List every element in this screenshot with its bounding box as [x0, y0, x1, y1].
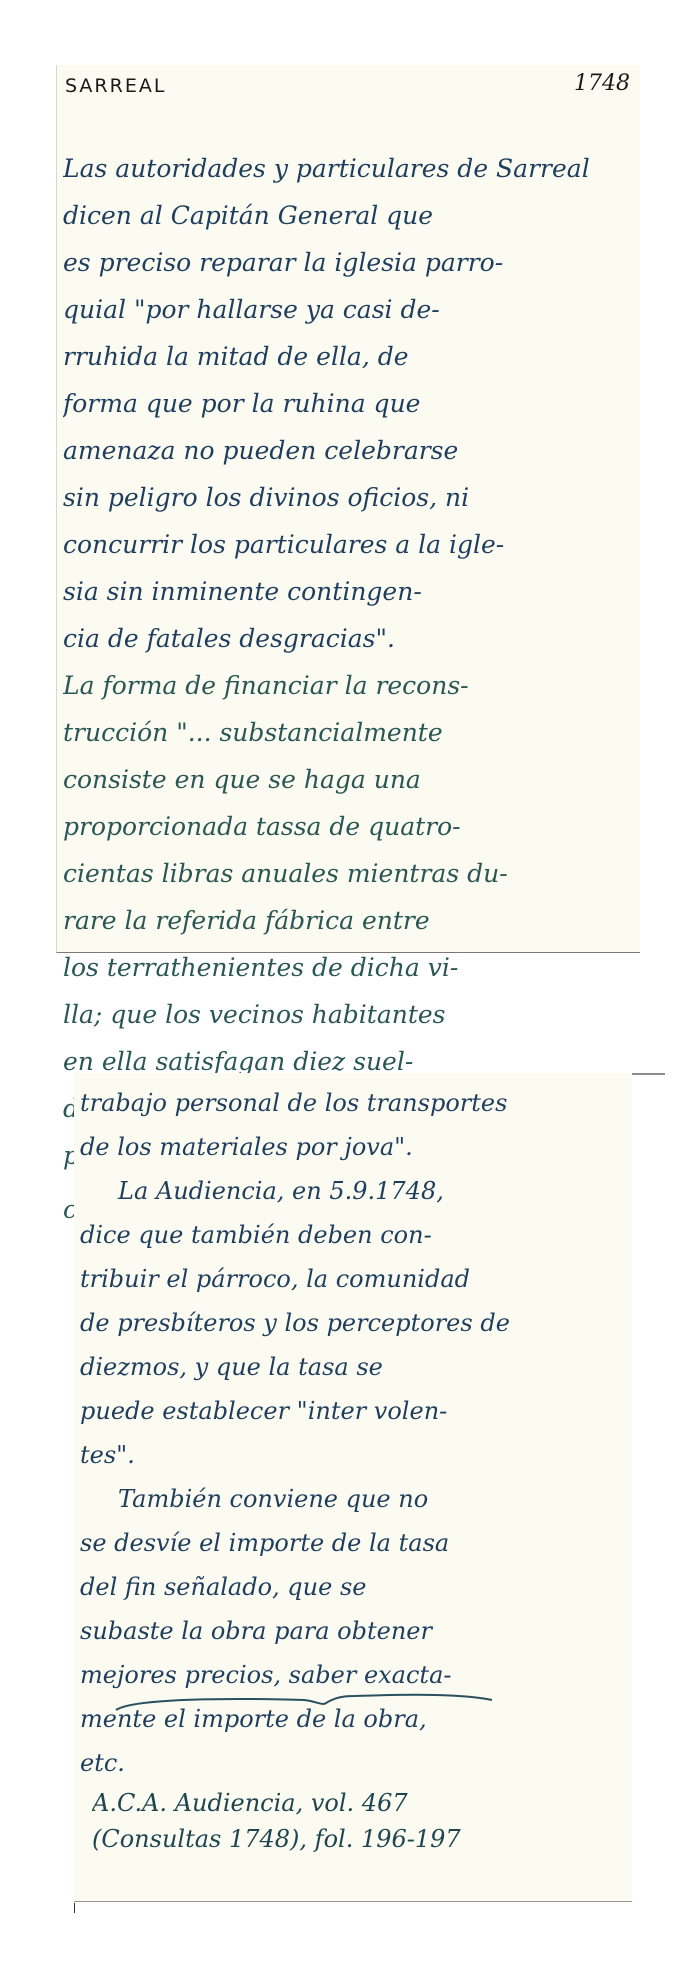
- text-line: proporcionada tassa de quatro-: [63, 803, 634, 850]
- text-line: se desvíe el importe de la tasa: [80, 1521, 628, 1565]
- text-line: consiste en que se haga una: [63, 756, 634, 803]
- text-line: concurrir los particulares a la igle-: [63, 521, 634, 568]
- text-line: sia sin inminente contingen-: [63, 568, 634, 615]
- text-line: de presbíteros y los perceptores de: [80, 1301, 628, 1345]
- text-line: etc.: [80, 1741, 628, 1785]
- text-line: También conviene que no: [80, 1477, 628, 1521]
- text-line: sin peligro los divinos oficios, ni: [63, 474, 634, 521]
- card-edge-tick: [74, 1903, 75, 1913]
- text-line: mejores precios, saber exacta-: [80, 1653, 628, 1697]
- text-line: puede establecer "inter volen-: [80, 1389, 628, 1433]
- text-line: forma que por la ruhina que: [63, 380, 634, 427]
- text-line: Las autoridades y particulares de Sarrea…: [63, 145, 634, 192]
- place-heading: SARREAL: [65, 75, 166, 97]
- divider-flourish: [114, 1692, 494, 1712]
- text-line: La forma de financiar la recons-: [63, 662, 634, 709]
- text-line: los terrathenientes de dicha vi-: [63, 944, 634, 991]
- text-line: diezmos, y que la tasa se: [80, 1345, 628, 1389]
- text-line: tribuir el párroco, la comunidad: [80, 1257, 628, 1301]
- citation-line: A.C.A. Audiencia, vol. 467: [92, 1785, 461, 1821]
- text-line: rare la referida fábrica entre: [63, 897, 634, 944]
- text-line: subaste la obra para obtener: [80, 1609, 628, 1653]
- index-card-2: trabajo personal de los transportes de l…: [74, 1073, 632, 1902]
- text-line: trucción "... substancialmente: [63, 709, 634, 756]
- text-line: La Audiencia, en 5.9.1748,: [80, 1169, 628, 1213]
- text-line: dice que también deben con-: [80, 1213, 628, 1257]
- card2-text: trabajo personal de los transportes de l…: [80, 1081, 628, 1785]
- text-line: cia de fatales desgracias".: [63, 615, 634, 662]
- index-card-1: SARREAL 1748 Las autoridades y particula…: [56, 65, 640, 953]
- text-line: lla; que los vecinos habitantes: [63, 991, 634, 1038]
- text-line: quial "por hallarse ya casi de-: [63, 286, 634, 333]
- text-line: es preciso reparar la iglesia parro-: [63, 239, 634, 286]
- text-line: rruhida la mitad de ella, de: [63, 333, 634, 380]
- text-line: dicen al Capitán General que: [63, 192, 634, 239]
- card-edge-line: [632, 1073, 665, 1075]
- text-line: trabajo personal de los transportes: [80, 1081, 628, 1125]
- text-line: de los materiales por jova".: [80, 1125, 628, 1169]
- card1-text: Las autoridades y particulares de Sarrea…: [63, 145, 634, 1226]
- text-line: amenaza no pueden celebrarse: [63, 427, 634, 474]
- archive-citation: A.C.A. Audiencia, vol. 467 (Consultas 17…: [92, 1785, 461, 1857]
- citation-line: (Consultas 1748), fol. 196-197: [92, 1821, 461, 1857]
- text-line: tes".: [80, 1433, 628, 1477]
- year-heading: 1748: [574, 71, 630, 96]
- text-line: del fin señalado, que se: [80, 1565, 628, 1609]
- text-line: cientas libras anuales mientras du-: [63, 850, 634, 897]
